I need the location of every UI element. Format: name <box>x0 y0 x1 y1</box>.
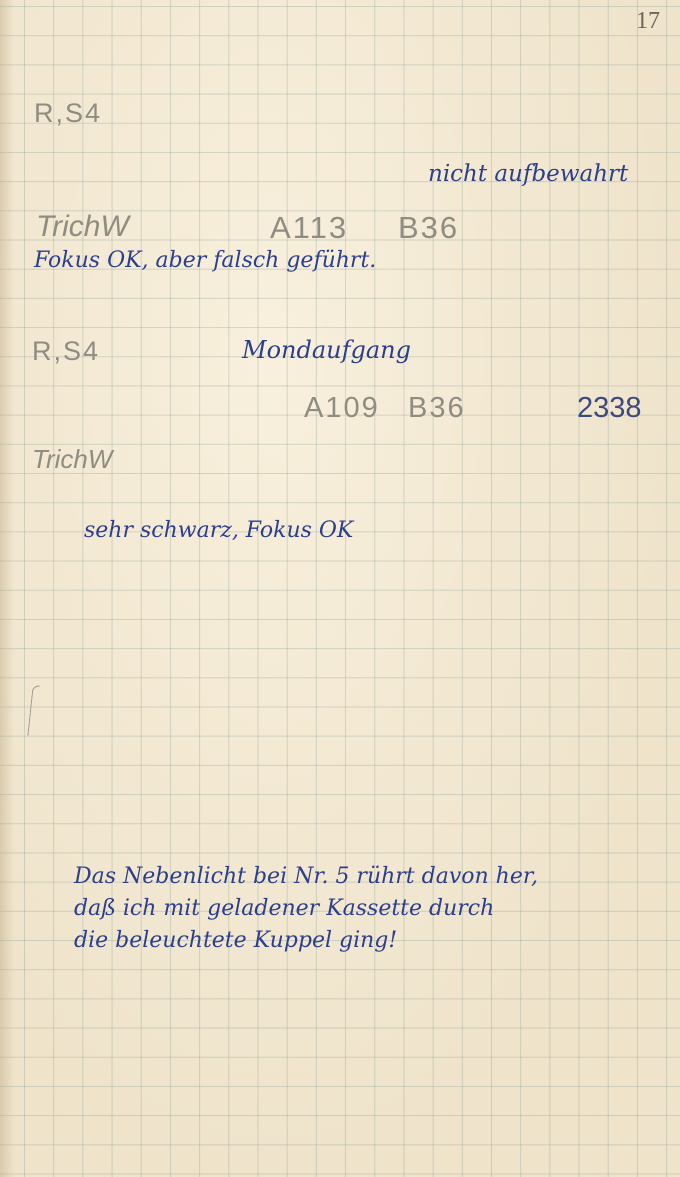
footnote-line-1: Das Nebenlicht bei Nr. 5 rührt davon her… <box>74 866 538 888</box>
entry-2-plate: R,S4 <box>32 338 100 365</box>
entry-2-comment: sehr schwarz, Fokus OK <box>84 520 353 542</box>
entry-1-b-value: B36 <box>398 212 459 243</box>
entry-1-filter: TrichW <box>36 212 129 242</box>
entry-2-a-value: A109 <box>304 394 380 423</box>
entry-2-b-value: B36 <box>408 394 466 423</box>
entry-1-plate: R,S4 <box>34 100 102 127</box>
footnote-line-3: die beleuchtete Kuppel ging! <box>74 930 397 952</box>
footnote-line-2: daß ich mit geladener Kassette durch <box>74 898 494 920</box>
pencil-mark <box>27 685 39 736</box>
notebook-page: 17 R,S4 nicht aufbewahrt TrichW A113 B36… <box>0 0 680 1177</box>
entry-1-comment: Fokus OK, aber falsch geführt. <box>34 250 376 272</box>
entry-2-title: Mondaufgang <box>242 338 411 362</box>
page-number: 17 <box>636 8 660 35</box>
entry-1-a-value: A113 <box>270 212 348 243</box>
entry-2-filter: TrichW <box>32 446 112 472</box>
entry-1-note-right: nicht aufbewahrt <box>428 163 628 186</box>
entry-2-time: 2338 <box>577 394 642 423</box>
